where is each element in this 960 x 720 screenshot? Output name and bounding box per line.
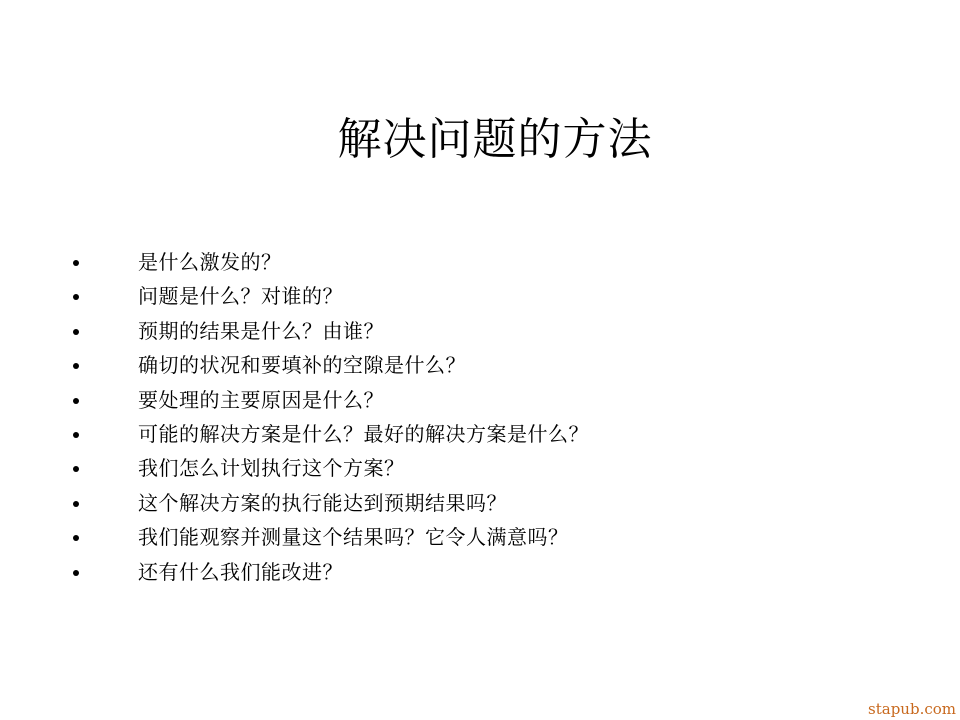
bullet-dot-icon <box>73 294 79 300</box>
bullet-text: 预期的结果是什么？由谁？ <box>138 314 384 348</box>
bullet-text: 可能的解决方案是什么？最好的解决方案是什么？ <box>138 417 589 451</box>
bullet-text: 我们能观察并测量这个结果吗？它令人满意吗？ <box>138 520 569 554</box>
bullet-text: 确切的状况和要填补的空隙是什么？ <box>138 348 466 382</box>
bullet-dot-icon <box>73 501 79 507</box>
bullet-text: 是什么激发的？ <box>138 245 282 279</box>
bullet-dot-icon <box>73 535 79 541</box>
bullet-dot-icon <box>73 363 79 369</box>
bullet-dot-icon <box>73 570 79 576</box>
bullet-text: 这个解决方案的执行能达到预期结果吗？ <box>138 486 507 520</box>
bullet-dot-icon <box>73 432 79 438</box>
slide: 解决问题的方法 是什么激发的？ 问题是什么？对谁的？ 预期的结果是什么？由谁？ … <box>0 0 960 720</box>
bullet-text: 我们怎么计划执行这个方案？ <box>138 451 405 485</box>
slide-title: 解决问题的方法 <box>0 112 960 168</box>
bullet-text: 要处理的主要原因是什么？ <box>138 383 384 417</box>
bullet-text: 问题是什么？对谁的？ <box>138 279 343 313</box>
bullet-dot-icon <box>73 329 79 335</box>
watermark: stapub.com <box>868 700 956 718</box>
bullet-dot-icon <box>73 466 79 472</box>
bullet-text: 还有什么我们能改进？ <box>138 555 343 589</box>
bullet-dot-icon <box>73 260 79 266</box>
bullet-dot-icon <box>73 398 79 404</box>
